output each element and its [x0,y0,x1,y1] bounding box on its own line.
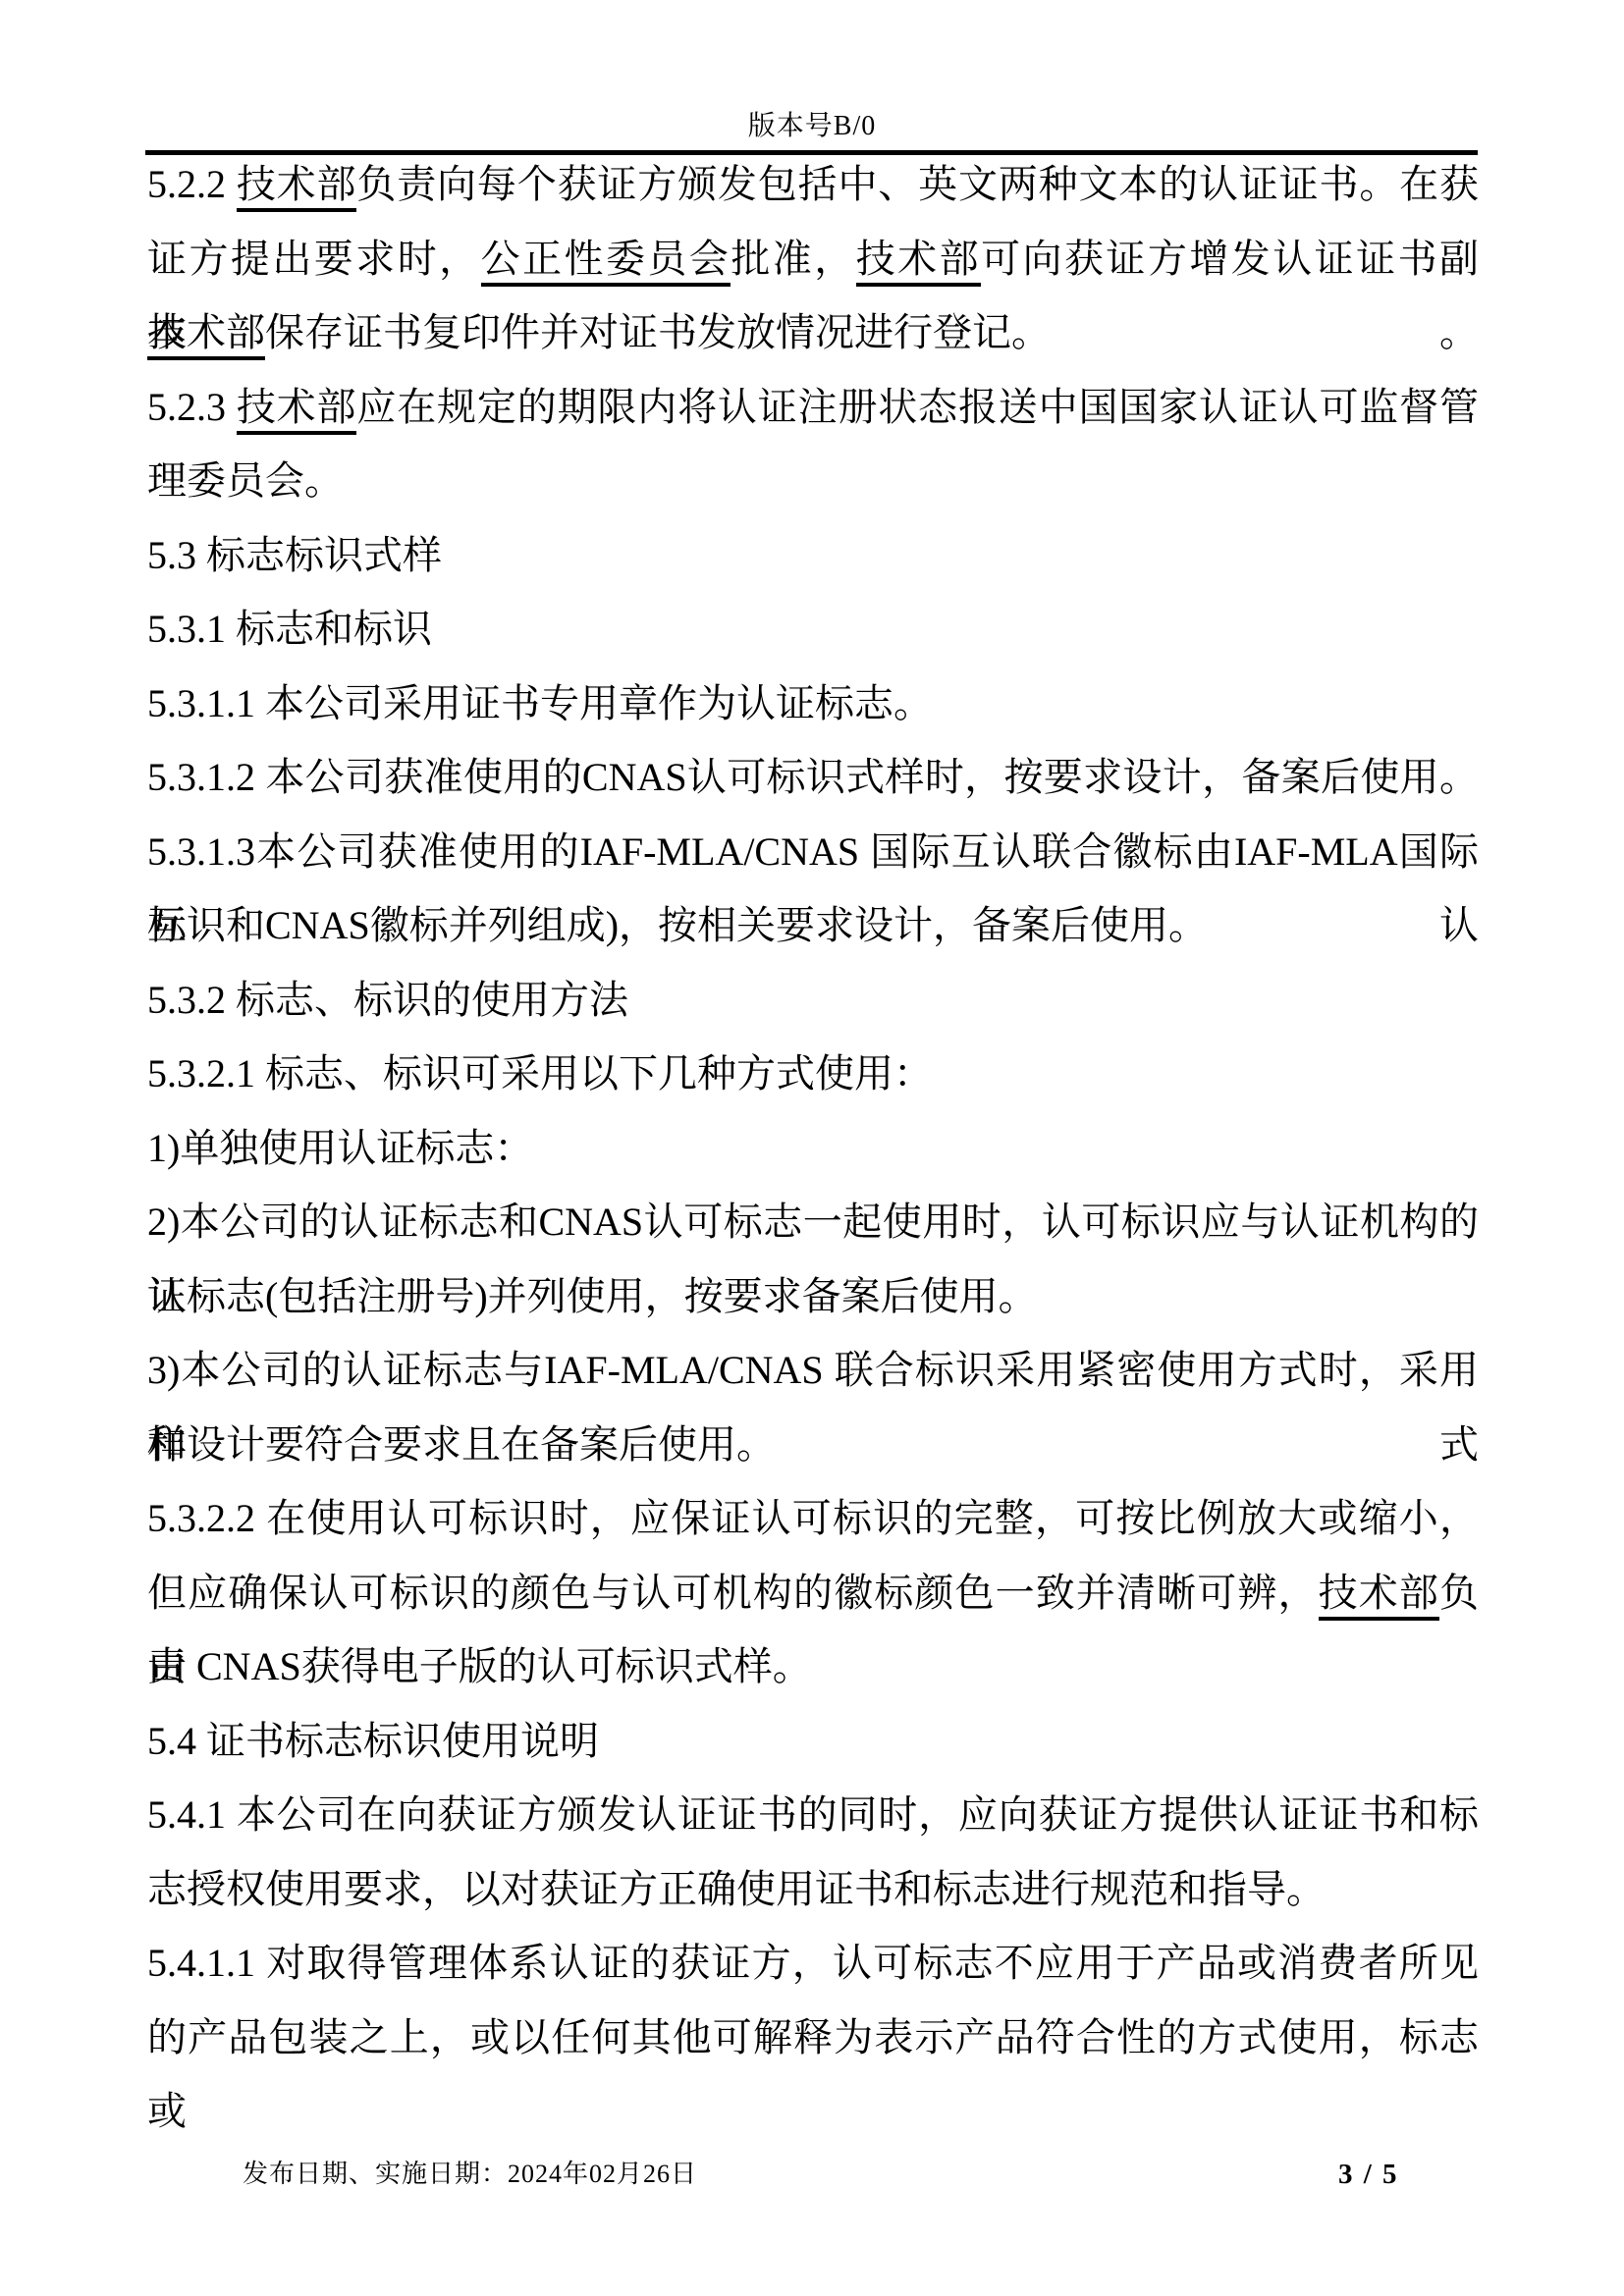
text-segment: 5.2.2 [147,162,237,206]
paragraph-line: 由 CNAS获得电子版的认可标识式样。 [147,1629,1479,1704]
text-segment: 1)单独使用认证标志： [147,1126,533,1170]
header-version-label: 版本号B/0 [0,110,1624,143]
document-page: 版本号B/0 5.2.2 技术部负责向每个获证方颁发包括中、英文两种文本的认证证… [0,0,1624,2296]
text-segment: 理委员会。 [147,458,344,503]
text-segment: 证标志(包括注册号)并列使用，按要求备案后使用。 [147,1274,1038,1318]
text-segment: 5.3.2 标志、标识的使用方法 [147,978,628,1022]
text-segment: 样设计要符合要求且在备案后使用。 [147,1422,776,1467]
paragraph-line: 理委员会。 [147,444,1479,518]
paragraph-line: 5.4.1 本公司在向获证方颁发认证证书的同时，应向获证方提供认证证书和标 [147,1778,1479,1852]
underlined-text: 技术部 [237,385,357,435]
paragraph-line: 5.3.1 标志和标识 [147,592,1479,667]
paragraph-line: 5.2.3 技术部应在规定的期限内将认证注册状态报送中国国家认证认可监督管 [147,370,1479,445]
text-segment: 5.3.1 标志和标识 [147,607,432,651]
paragraph-line: 但应确保认可标识的颜色与认可机构的徽标颜色一致并清晰可辨，技术部负责 [147,1556,1479,1630]
underlined-text: 技术部 [237,162,357,212]
paragraph-line: 证方提出要求时，公正性委员会批准，技术部可向获证方增发认证证书副本。 [147,222,1479,296]
paragraph-line: 5.3.1.2 本公司获准使用的CNAS认可标识式样时，按要求设计，备案后使用。 [147,740,1479,815]
text-segment: 证方提出要求时， [147,237,481,281]
text-segment: 的产品包装之上，或以任何其他可解释为表示产品符合性的方式使用，标志或 [147,2015,1479,2134]
text-segment: 应在规定的期限内将认证注册状态报送中国国家认证认可监督管 [356,385,1479,429]
paragraph-line: 5.4 证书标志标识使用说明 [147,1704,1479,1779]
paragraph-line: 3)本公司的认证标志与IAF-MLA/CNAS 联合标识采用紧密使用方式时，采用… [147,1333,1479,1408]
paragraph-line: 的产品包装之上，或以任何其他可解释为表示产品符合性的方式使用，标志或 [147,2001,1479,2075]
text-segment: 负责向每个获证方颁发包括中、英文两种文本的认证证书。在获 [356,162,1479,206]
paragraph-line: 5.2.2 技术部负责向每个获证方颁发包括中、英文两种文本的认证证书。在获 [147,147,1479,222]
paragraph-line: 2)本公司的认证标志和CNAS认可标志一起使用时，认可标识应与认证机构的认 [147,1185,1479,1259]
page-footer: 发布日期、实施日期：2024年02月26日 3 / 5 [0,2155,1624,2194]
paragraph-line: 5.4.1.1 对取得管理体系认证的获证方，认可标志不应用于产品或消费者所见 [147,1926,1479,2001]
paragraph-line: 5.3 标志标识式样 [147,518,1479,593]
document-body: 5.2.2 技术部负责向每个获证方颁发包括中、英文两种文本的认证证书。在获证方提… [147,147,1479,2074]
paragraph-line: 5.3.2.2 在使用认可标识时，应保证认可标识的完整，可按比例放大或缩小， [147,1481,1479,1556]
paragraph-line: 证标志(包括注册号)并列使用，按要求备案后使用。 [147,1259,1479,1334]
text-segment: 志授权使用要求，以对获证方正确使用证书和标志进行规范和指导。 [147,1867,1326,1911]
text-segment: 5.3.1.2 本公司获准使用的CNAS认可标识式样时，按要求设计，备案后使用。 [147,755,1479,799]
paragraph-line: 5.3.1.3本公司获准使用的IAF-MLA/CNAS 国际互认联合徽标由IAF… [147,815,1479,889]
paragraph-line: 1)单独使用认证标志： [147,1111,1479,1186]
text-segment: 5.4 证书标志标识使用说明 [147,1719,599,1763]
paragraph-line: 5.3.2 标志、标识的使用方法 [147,963,1479,1038]
text-segment: 5.4.1 本公司在向获证方颁发认证证书的同时，应向获证方提供认证证书和标 [147,1792,1479,1837]
text-segment: 保存证书复印件并对证书发放情况进行登记。 [265,310,1051,354]
footer-dates-label: 发布日期、实施日期：2024年02月26日 [243,2155,697,2194]
text-segment: 5.3.2.2 在使用认可标识时，应保证认可标识的完整，可按比例放大或缩小， [147,1496,1479,1540]
paragraph-line: 志授权使用要求，以对获证方正确使用证书和标志进行规范和指导。 [147,1852,1479,1927]
underlined-text: 技术部 [856,237,981,287]
text-segment: 5.2.3 [147,385,237,429]
paragraph-line: 5.3.1.1 本公司采用证书专用章作为认证标志。 [147,667,1479,741]
text-segment: 批准， [731,237,855,281]
underlined-text: 公正性委员会 [481,237,731,287]
text-segment: 由 CNAS获得电子版的认可标识式样。 [147,1644,812,1688]
text-segment: 5.3.2.1 标志、标识可采用以下几种方式使用： [147,1051,933,1095]
footer-page-number: 3 / 5 [1338,2155,1399,2194]
underlined-text: 技术部 [1319,1571,1439,1621]
text-segment: 5.4.1.1 对取得管理体系认证的获证方，认可标志不应用于产品或消费者所见 [147,1941,1479,1985]
text-segment: 标识和CNAS徽标并列组成)，按相关要求设计，备案后使用。 [147,903,1208,947]
text-segment: 5.3 标志标识式样 [147,533,442,577]
text-segment: 5.3.1.1 本公司采用证书专用章作为认证标志。 [147,681,933,725]
text-segment: 但应确保认可标识的颜色与认可机构的徽标颜色一致并清晰可辨， [147,1571,1319,1615]
paragraph-line: 5.3.2.1 标志、标识可采用以下几种方式使用： [147,1037,1479,1111]
underlined-text: 技术部 [147,310,265,360]
